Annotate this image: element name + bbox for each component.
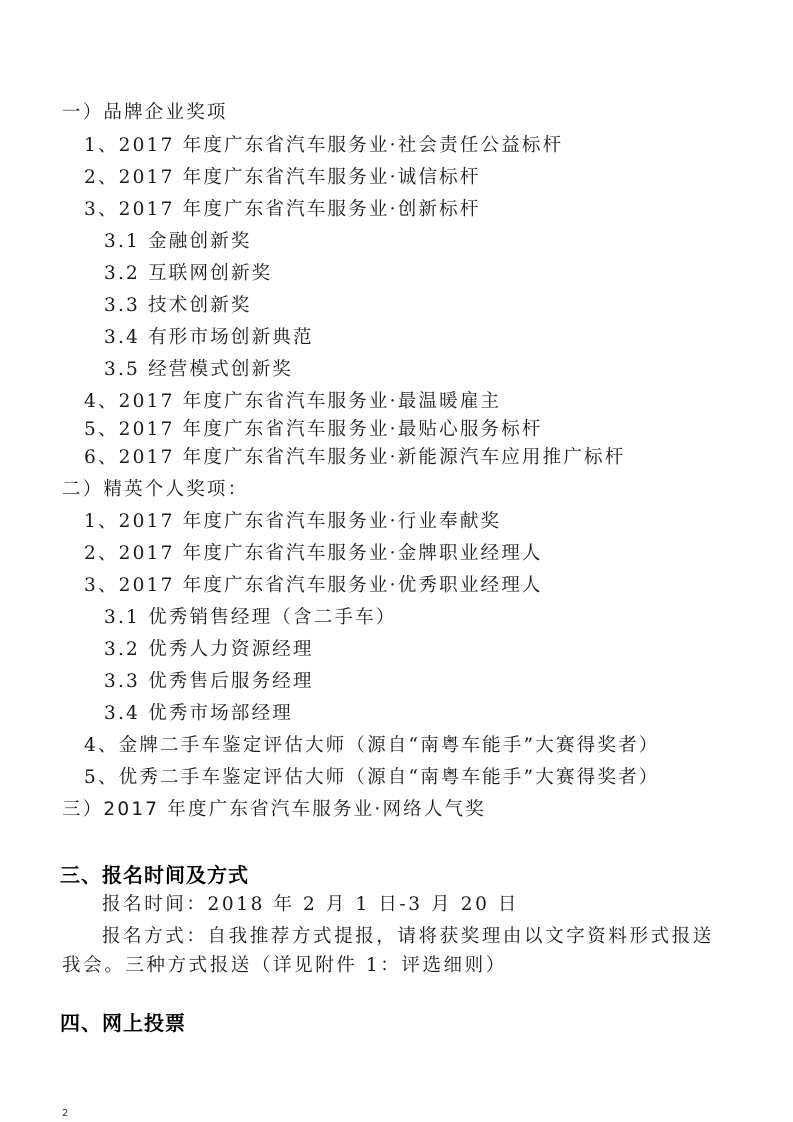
sub-list-item: 3.4 优秀市场部经理: [104, 702, 293, 726]
list-item: 5、2017 年度广东省汽车服务业·最贴心服务标杆: [84, 418, 543, 442]
heading-online-voting: 四、网上投票: [60, 1010, 186, 1036]
sub-list-item: 3.3 技术创新奖: [104, 294, 252, 318]
section-title-elite-individual-awards: 二）精英个人奖项：: [62, 478, 248, 502]
section-title-online-popularity-award: 三）2017 年度广东省汽车服务业·网络人气奖: [62, 798, 486, 822]
registration-method-continued: 我会。三种方式报送（详见附件 1：评选细则）: [62, 954, 507, 978]
sub-list-item: 3.1 金融创新奖: [104, 230, 252, 254]
sub-list-item: 3.5 经营模式创新奖: [104, 358, 293, 382]
sub-list-item: 3.4 有形市场创新典范: [104, 326, 314, 350]
heading-registration: 三、报名时间及方式: [60, 862, 249, 888]
sub-list-item: 3.1 优秀销售经理（含二手车）: [104, 606, 397, 630]
list-item: 1、2017 年度广东省汽车服务业·行业奉献奖: [84, 510, 501, 534]
page-number: 2: [62, 1108, 68, 1119]
list-item: 3、2017 年度广东省汽车服务业·创新标杆: [84, 198, 481, 222]
list-item: 4、2017 年度广东省汽车服务业·最温暖雇主: [84, 390, 501, 414]
list-item: 1、2017 年度广东省汽车服务业·社会责任公益标杆: [84, 134, 563, 158]
sub-list-item: 3.2 优秀人力资源经理: [104, 638, 314, 662]
list-item: 6、2017 年度广东省汽车服务业·新能源汽车应用推广标杆: [84, 446, 625, 470]
list-item: 2、2017 年度广东省汽车服务业·金牌职业经理人: [84, 542, 543, 566]
list-item: 2、2017 年度广东省汽车服务业·诚信标杆: [84, 166, 481, 190]
list-item: 5、优秀二手车鉴定评估大师（源自“南粤车能手”大赛得奖者）: [84, 766, 660, 790]
sub-list-item: 3.2 互联网创新奖: [104, 262, 272, 286]
registration-method: 报名方式：自我推荐方式提报，请将获奖理由以文字资料形式报送: [102, 925, 714, 949]
sub-list-item: 3.3 优秀售后服务经理: [104, 670, 314, 694]
registration-time: 报名时间：2018 年 2 月 1 日-3 月 20 日: [102, 893, 519, 917]
list-item: 4、金牌二手车鉴定评估大师（源自“南粤车能手”大赛得奖者）: [84, 734, 660, 758]
list-item: 3、2017 年度广东省汽车服务业·优秀职业经理人: [84, 574, 543, 598]
section-title-brand-awards: 一）品牌企业奖项: [62, 101, 228, 125]
